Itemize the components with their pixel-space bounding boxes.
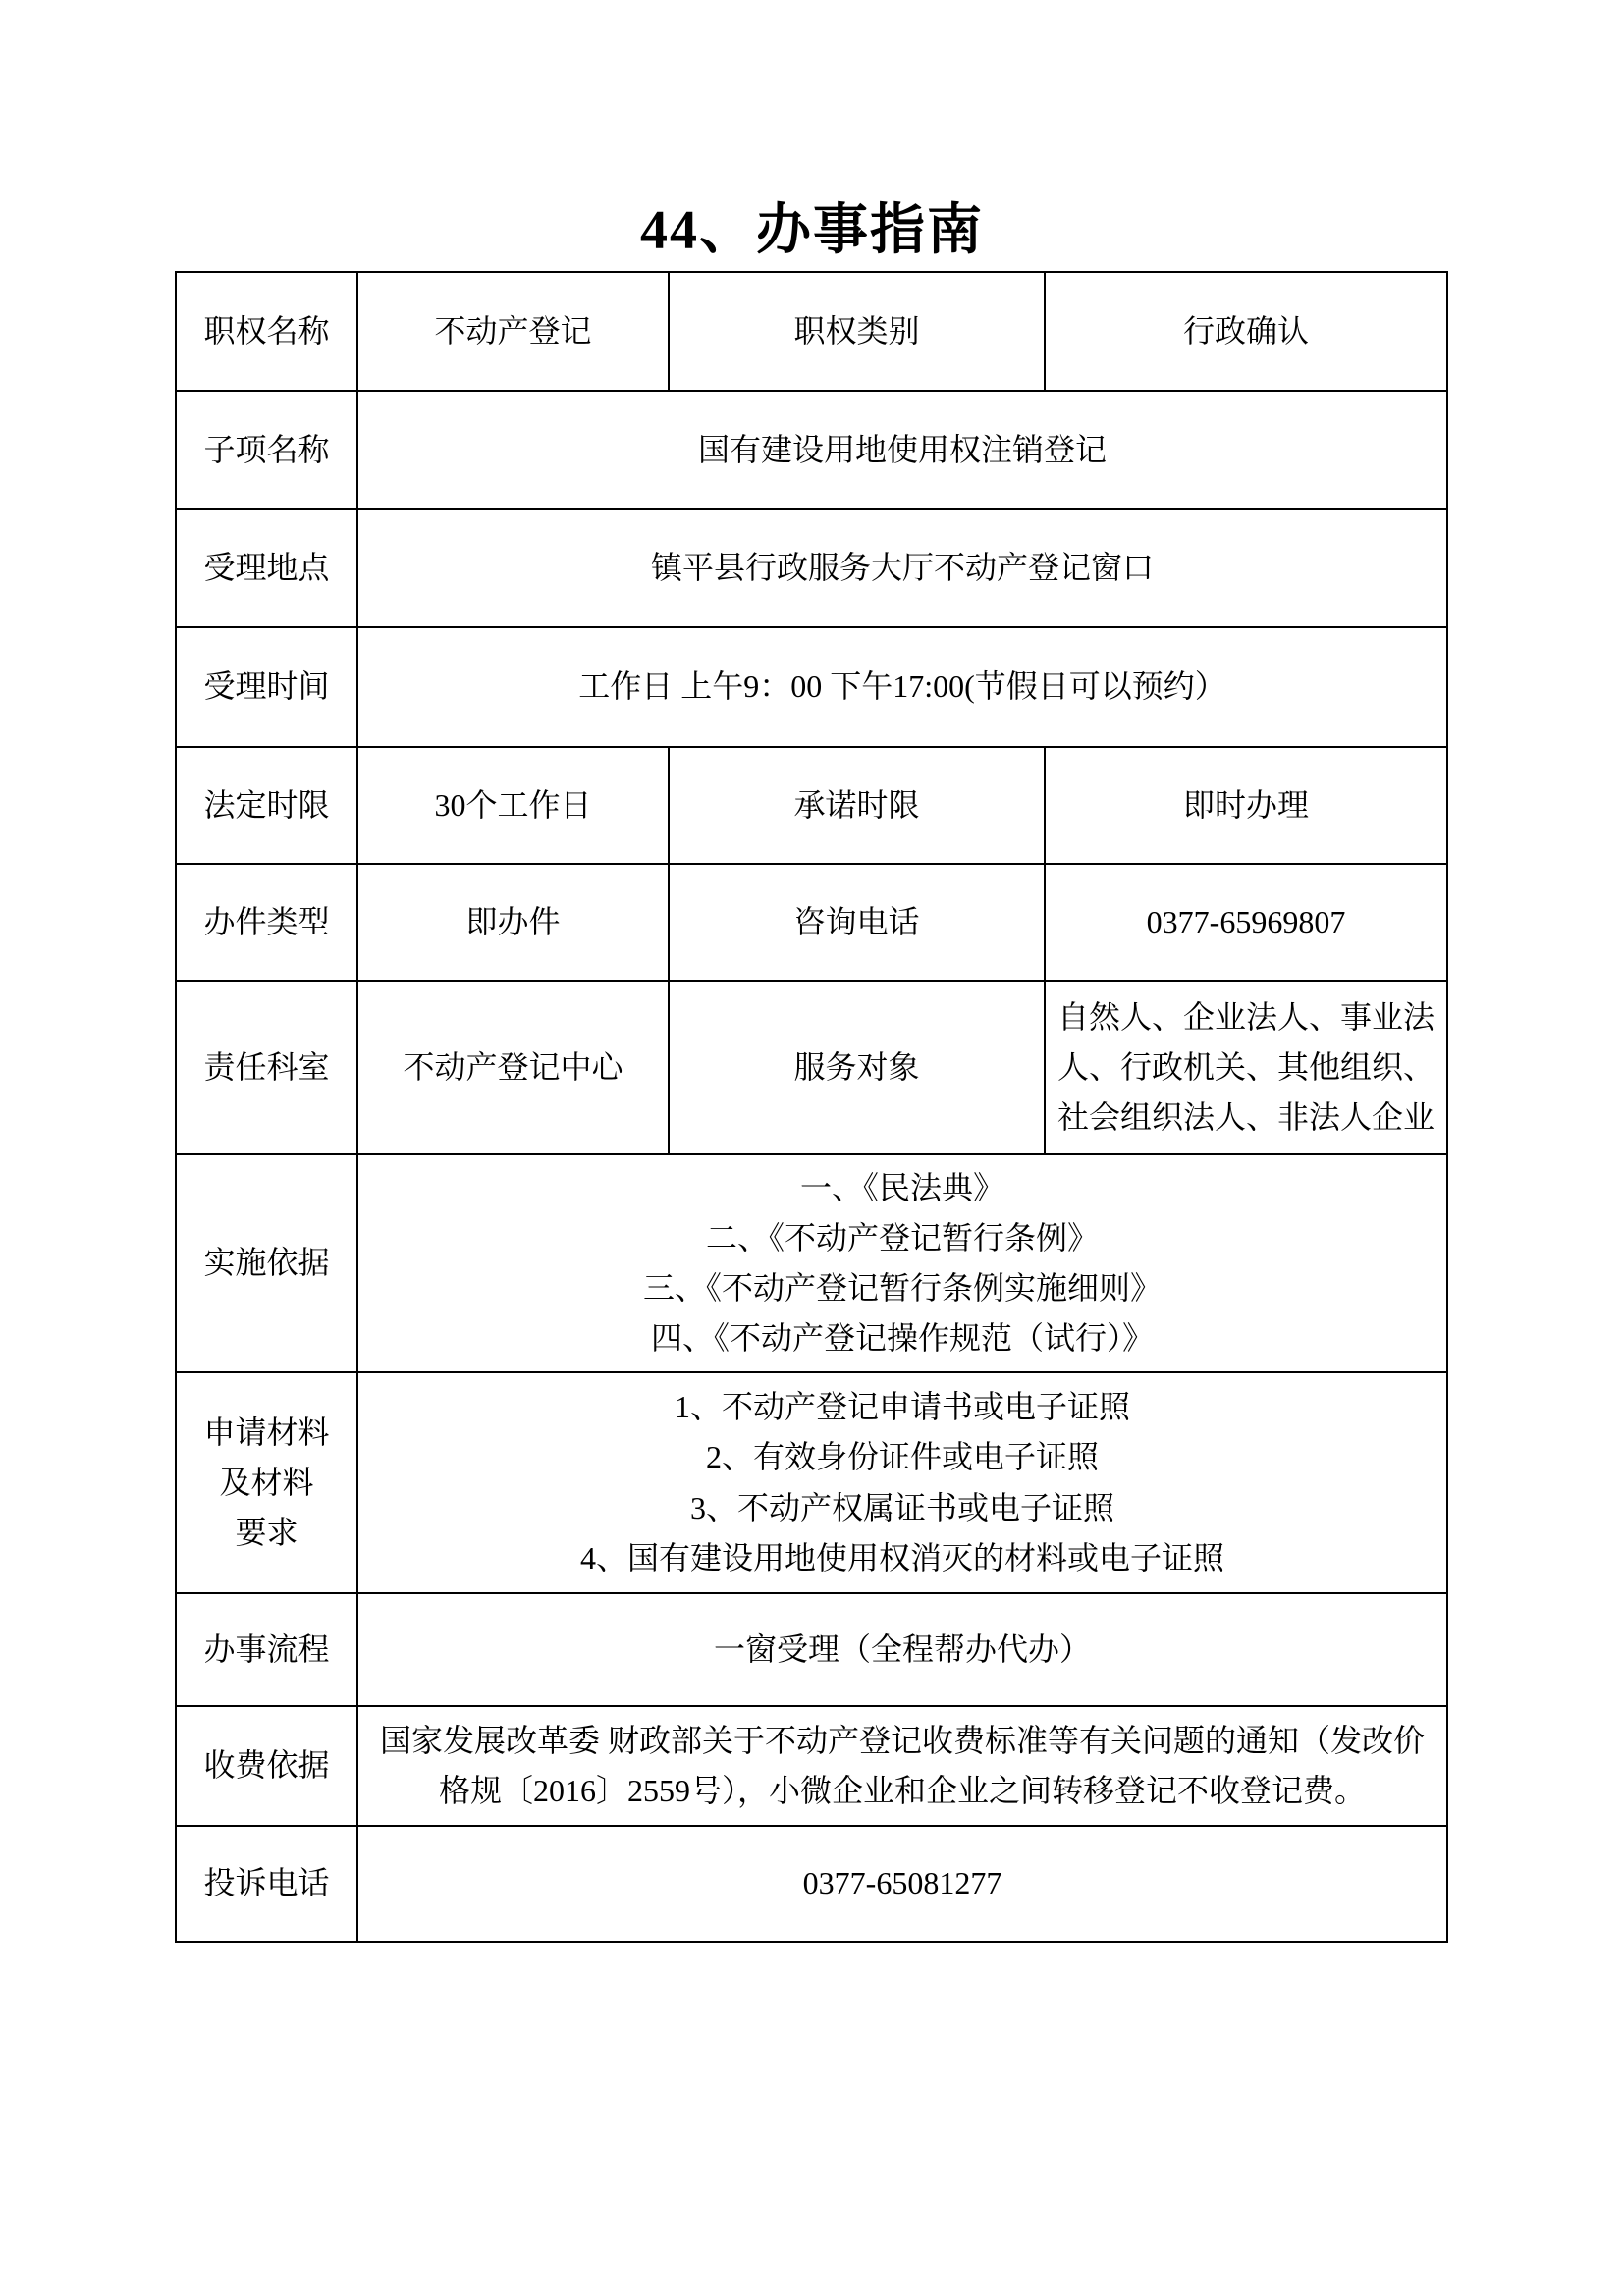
- legal-basis-label: 实施依据: [176, 1154, 357, 1372]
- application-materials-list: 1、不动产登记申请书或电子证照 2、有效身份证件或电子证照 3、不动产权属证书或…: [357, 1372, 1447, 1593]
- promised-limit-label: 承诺时限: [669, 747, 1045, 864]
- accept-time-label: 受理时间: [176, 627, 357, 747]
- promised-limit-value: 即时办理: [1045, 747, 1447, 864]
- application-materials-item: 2、有效身份证件或电子证照: [366, 1432, 1438, 1482]
- table-row: 投诉电话 0377-65081277: [176, 1826, 1447, 1942]
- table-row: 子项名称 国有建设用地使用权注销登记: [176, 391, 1447, 509]
- case-type-label: 办件类型: [176, 864, 357, 981]
- consult-phone-value: 0377-65969807: [1045, 864, 1447, 981]
- service-guide-table: 职权名称 不动产登记 职权类别 行政确认 子项名称 国有建设用地使用权注销登记 …: [175, 271, 1448, 1943]
- service-target-value: 自然人、企业法人、事业法人、行政机关、其他组织、社会组织法人、非法人企业: [1045, 981, 1447, 1154]
- legal-basis-item: 三、《不动产登记暂行条例实施细则》: [366, 1263, 1438, 1313]
- table-row: 受理时间 工作日 上午9：00 下午17:00(节假日可以预约）: [176, 627, 1447, 747]
- consult-phone-label: 咨询电话: [669, 864, 1045, 981]
- table-row: 责任科室 不动产登记中心 服务对象 自然人、企业法人、事业法人、行政机关、其他组…: [176, 981, 1447, 1154]
- application-materials-label-line: 要求: [185, 1508, 349, 1558]
- document-page: 44、办事指南 职权名称 不动产登记 职权类别 行政确认 子项名称 国有建设用地…: [0, 0, 1624, 2296]
- process-value: 一窗受理（全程帮办代办）: [357, 1593, 1447, 1706]
- complaint-phone-value: 0377-65081277: [357, 1826, 1447, 1942]
- table-row: 实施依据 一、《民法典》 二、《不动产登记暂行条例》 三、《不动产登记暂行条例实…: [176, 1154, 1447, 1372]
- application-materials-item: 1、不动产登记申请书或电子证照: [366, 1382, 1438, 1432]
- sub-item-name-label: 子项名称: [176, 391, 357, 509]
- complaint-phone-label: 投诉电话: [176, 1826, 357, 1942]
- table-row: 申请材料 及材料 要求 1、不动产登记申请书或电子证照 2、有效身份证件或电子证…: [176, 1372, 1447, 1593]
- statutory-limit-label: 法定时限: [176, 747, 357, 864]
- service-target-label: 服务对象: [669, 981, 1045, 1154]
- application-materials-item: 3、不动产权属证书或电子证照: [366, 1483, 1438, 1533]
- application-materials-item: 4、国有建设用地使用权消灭的材料或电子证照: [366, 1533, 1438, 1583]
- responsible-dept-label: 责任科室: [176, 981, 357, 1154]
- application-materials-label: 申请材料 及材料 要求: [176, 1372, 357, 1593]
- accept-location-value: 镇平县行政服务大厅不动产登记窗口: [357, 509, 1447, 627]
- power-category-label: 职权类别: [669, 272, 1045, 391]
- table-row: 办事流程 一窗受理（全程帮办代办）: [176, 1593, 1447, 1706]
- table-row: 办件类型 即办件 咨询电话 0377-65969807: [176, 864, 1447, 981]
- application-materials-label-line: 及材料: [185, 1458, 349, 1508]
- application-materials-label-line: 申请材料: [185, 1408, 349, 1458]
- power-name-label: 职权名称: [176, 272, 357, 391]
- table-row: 职权名称 不动产登记 职权类别 行政确认: [176, 272, 1447, 391]
- legal-basis-list: 一、《民法典》 二、《不动产登记暂行条例》 三、《不动产登记暂行条例实施细则》 …: [357, 1154, 1447, 1372]
- sub-item-name-value: 国有建设用地使用权注销登记: [357, 391, 1447, 509]
- legal-basis-item: 一、《民法典》: [366, 1163, 1438, 1213]
- legal-basis-item: 四、《不动产登记操作规范（试行）》: [366, 1313, 1438, 1363]
- legal-basis-item: 二、《不动产登记暂行条例》: [366, 1213, 1438, 1263]
- page-title: 44、办事指南: [0, 187, 1624, 265]
- fee-basis-value: 国家发展改革委 财政部关于不动产登记收费标准等有关问题的通知（发改价格规〔201…: [357, 1706, 1447, 1826]
- statutory-limit-value: 30个工作日: [357, 747, 669, 864]
- fee-basis-label: 收费依据: [176, 1706, 357, 1826]
- accept-location-label: 受理地点: [176, 509, 357, 627]
- power-name-value: 不动产登记: [357, 272, 669, 391]
- power-category-value: 行政确认: [1045, 272, 1447, 391]
- table-row: 收费依据 国家发展改革委 财政部关于不动产登记收费标准等有关问题的通知（发改价格…: [176, 1706, 1447, 1826]
- accept-time-value: 工作日 上午9：00 下午17:00(节假日可以预约）: [357, 627, 1447, 747]
- table-row: 法定时限 30个工作日 承诺时限 即时办理: [176, 747, 1447, 864]
- process-label: 办事流程: [176, 1593, 357, 1706]
- table-row: 受理地点 镇平县行政服务大厅不动产登记窗口: [176, 509, 1447, 627]
- responsible-dept-value: 不动产登记中心: [357, 981, 669, 1154]
- case-type-value: 即办件: [357, 864, 669, 981]
